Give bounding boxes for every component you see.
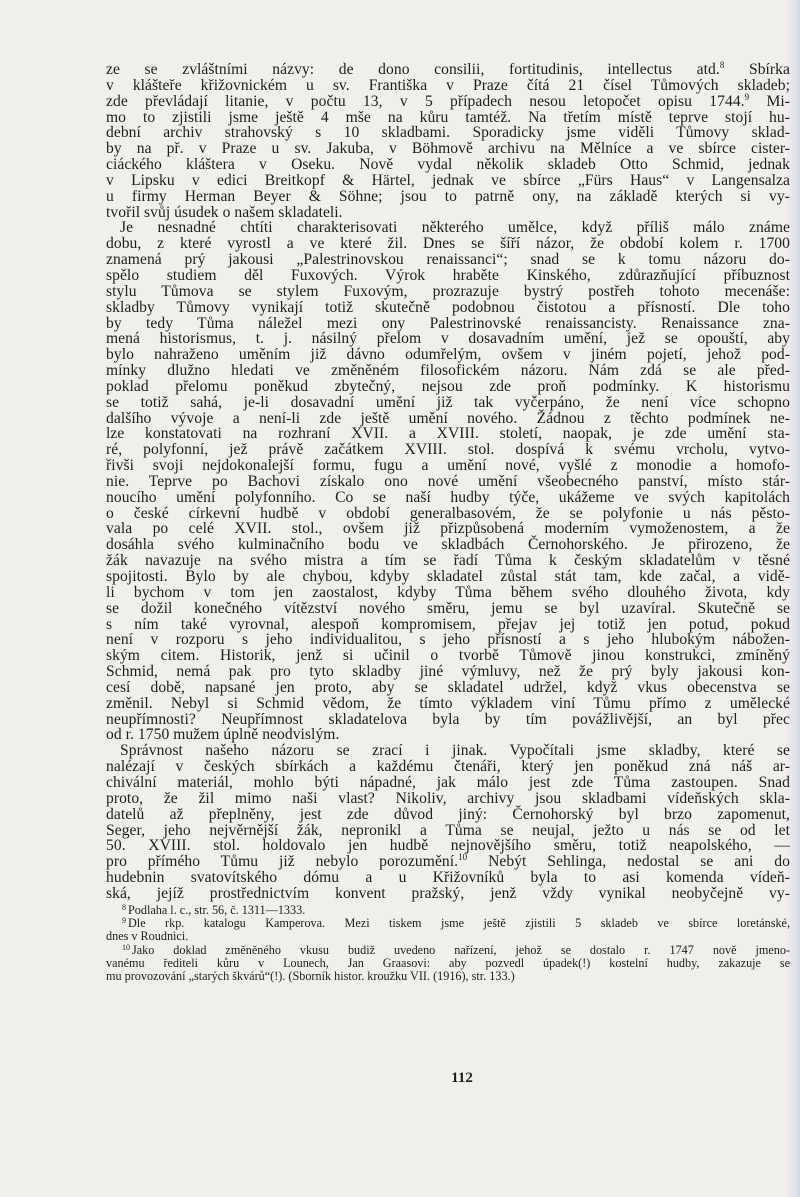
text-line: dalšího vývoje a není-li zde ještě umění…: [106, 411, 790, 427]
footnote-reference: 10: [458, 852, 467, 862]
text-line: ciáckého kláštera v Oseku. Nově vydal ně…: [106, 157, 790, 173]
text-line: spojitosti. Bylo by ale chybou, kdyby sk…: [106, 569, 790, 585]
text-line: ze se zvláštními názvy: de dono consilii…: [106, 62, 790, 78]
text-line: u firmy Herman Beyer & Söhne; jsou to pa…: [106, 189, 790, 205]
text-line: mo to zjistili jsme ještě 4 mše na kůru …: [106, 110, 790, 126]
text-line: poklad přelomu poněkud zbytečný, nejsou …: [106, 379, 790, 395]
footnote-line: mu provozování „starých škvárů“(!). (Sbo…: [106, 970, 790, 983]
text-line: Schmid, nemá pak pro tyto skladby jiné v…: [106, 664, 790, 680]
text-line: změnil. Nebyl si Schmid vědom, že tímto …: [106, 696, 790, 712]
text-line: neupřímnosti? Neupřímnost skladatelova b…: [106, 712, 790, 728]
text-line: ským citem. Historik, jenž si učinil o t…: [106, 648, 790, 664]
text-line: od r. 1750 mužem úplně neodvislým.: [106, 727, 790, 743]
text-line: dobu, z které vyrostl a ve které žil. Dn…: [106, 236, 790, 252]
book-page: ze se zvláštními názvy: de dono consilii…: [106, 62, 790, 984]
text-line: lze konstatovati na rozhraní XVII. a XVI…: [106, 426, 790, 442]
text-line: v Lipsku v edici Breitkopf & Härtel, jed…: [106, 173, 790, 189]
text-line: by na př. v Praze u sv. Jakuba, v Böhmov…: [106, 141, 790, 157]
text-line: spělo studiem děl Fuxových. Výrok hrabět…: [106, 268, 790, 284]
text-line: zde převládají litanie, v počtu 13, v 5 …: [106, 94, 790, 110]
text-line: o české církevní hudbě v období generalb…: [106, 506, 790, 522]
text-line: hudebnin svatovítského dómu a u Křižovní…: [106, 870, 790, 886]
text-line: Správnost našeho názoru se zrací i jinak…: [106, 743, 790, 759]
footnote-line: 8Podlaha l. c., str. 56, č. 1311—1333.: [106, 904, 790, 917]
footnote-number: 10: [122, 943, 130, 952]
text-line: Seger, jeho nejvěrnější žák, nepronikl a…: [106, 823, 790, 839]
text-line: žák navazuje na svého mistra a tím se řa…: [106, 553, 790, 569]
text-line: dosáhla svého kulminačního bodu ve sklad…: [106, 537, 790, 553]
footnote-line: 10Jako doklad změněného vkusu budiž uved…: [106, 944, 790, 957]
text-line: skladby Tůmovy vynikají totiž skutečně p…: [106, 300, 790, 316]
text-line: v klášteře křižovnickém u sv. Františka …: [106, 78, 790, 94]
footnote-line: 9Dle rkp. katalogu Kamperova. Mezi tiske…: [106, 917, 790, 930]
page-number: 112: [106, 1070, 800, 1087]
text-line: nalézají v českých sbírkách a každému čt…: [106, 759, 790, 775]
text-line: by tedy Tůma náležel mezi ony Palestrino…: [106, 316, 790, 332]
text-line: noucího umění polyfonního. Co se naší hu…: [106, 490, 790, 506]
text-line: vala po celé XVII. stol., ovšem již přiz…: [106, 521, 790, 537]
text-line: Je nesnadné chtíti charakterisovati někt…: [106, 220, 790, 236]
text-line: mená historismus, t. j. násilný přelom v…: [106, 331, 790, 347]
text-line: dební archiv strahovský s 10 skladbami. …: [106, 125, 790, 141]
text-line: nie. Teprve po Bachovi získalo ono nové …: [106, 474, 790, 490]
footnote-number: 9: [122, 916, 126, 925]
text-line: tvořil svůj úsudek o našem skladateli.: [106, 205, 790, 221]
text-line: chivální materiál, mohlo býti nápadné, j…: [106, 775, 790, 791]
text-line: proto, že žil mimo naši vlast? Nikoliv, …: [106, 791, 790, 807]
text-line: 50. XVIII. stol. holdovalo jen hudbě nej…: [106, 838, 790, 854]
text-line: datelů až přeplněny, jest zde důvod jiný…: [106, 807, 790, 823]
footnote-line: dnes v Roudnici.: [106, 930, 790, 943]
text-line: pro přímého Tůmu již nebylo porozumění.1…: [106, 854, 790, 870]
text-line: bylo nahraženo uměním již dávno odumřelý…: [106, 347, 790, 363]
text-line: ré, polyfonní, jež právě začátkem XVIII.…: [106, 442, 790, 458]
text-line: stylu Tůmova se stylem Fuxovým, prozrazu…: [106, 284, 790, 300]
footnote-number: 8: [122, 903, 126, 912]
text-line: se dožil konečného vítězství nového směr…: [106, 601, 790, 617]
text-line: cesí době, napsané jen proto, aby se skl…: [106, 680, 790, 696]
footnotes: 8Podlaha l. c., str. 56, č. 1311—1333.9D…: [106, 904, 790, 984]
footnote-line: vanému řediteli kůru v Lounech, Jan Graa…: [106, 957, 790, 970]
body-text: ze se zvláštními názvy: de dono consilii…: [106, 62, 790, 902]
text-line: li bychom v tom jen zaostalost, kdyby Tů…: [106, 585, 790, 601]
text-line: řivši svoji nejdokonalejší formu, fugu a…: [106, 458, 790, 474]
text-line: s ním také vyrovnal, alespoň kompromisem…: [106, 617, 790, 633]
text-line: se totiž sahá, je-li dosavadní umění již…: [106, 395, 790, 411]
text-line: není v rozporu s jeho individualitou, s …: [106, 632, 790, 648]
text-line: ská, jejíž prostřednictvím konvent pražs…: [106, 886, 790, 902]
text-line: znamená prý jakousi „Palestrinovskou ren…: [106, 252, 790, 268]
text-line: mínky dlužno hledati ve změněném filosof…: [106, 363, 790, 379]
